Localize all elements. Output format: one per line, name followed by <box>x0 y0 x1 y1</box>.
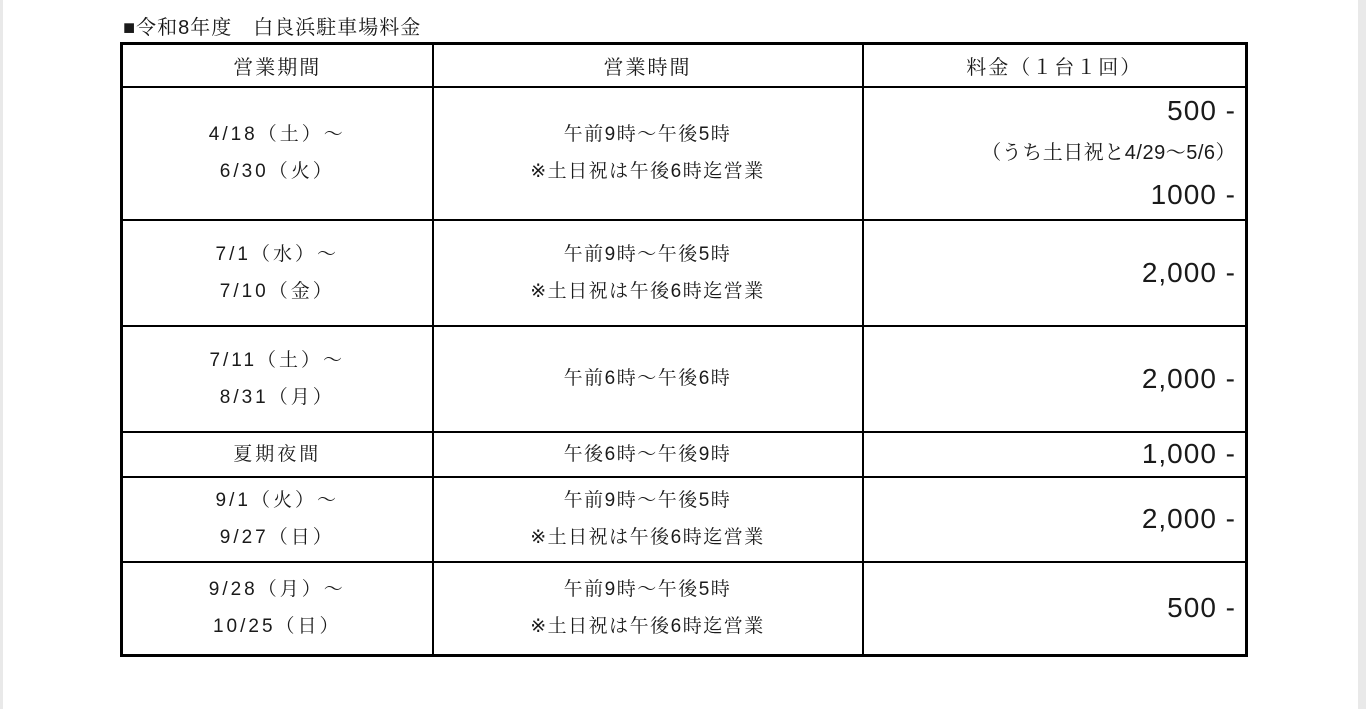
period-line: 10/25（日） <box>123 608 432 645</box>
cell-fee: 500 - <box>863 562 1247 656</box>
page-title: ■令和8年度 白良浜駐車場料金 <box>123 11 421 40</box>
cell-business-period: 7/1（水）～7/10（金） <box>122 220 433 326</box>
header-row: 営業期間 営業時間 料金（１台１回） <box>122 44 1247 87</box>
fee-table-body: 4/18（土）～6/30（火）午前9時～午後5時※土日祝は午後6時迄営業500 … <box>122 87 1247 656</box>
fee-amount: 2,000 - <box>864 252 1237 294</box>
cell-business-period: 9/28（月）～10/25（日） <box>122 562 433 656</box>
hours-line: 午後6時～午後9時 <box>434 436 862 473</box>
hours-line: 午前9時～午後5時 <box>434 571 862 608</box>
period-line: 夏期夜間 <box>123 436 432 473</box>
period-line: 8/31（月） <box>123 379 432 416</box>
fee-note: （うち土日祝と4/29～5/6） <box>864 132 1237 174</box>
fee-amount: 2,000 - <box>864 358 1237 400</box>
column-header-fee: 料金（１台１回） <box>863 44 1247 87</box>
table-row: 7/1（水）～7/10（金）午前9時～午後5時※土日祝は午後6時迄営業2,000… <box>122 220 1247 326</box>
page: ■令和8年度 白良浜駐車場料金 営業期間 営業時間 料金（１台１回） 4/18（… <box>0 0 1366 709</box>
hours-line: ※土日祝は午後6時迄営業 <box>434 519 862 556</box>
fee-amount: 1,000 - <box>864 433 1237 475</box>
period-line: 7/11（土）～ <box>123 342 432 379</box>
cell-fee: 500 -（うち土日祝と4/29～5/6）1000 - <box>863 87 1247 220</box>
fee-amount: 1000 - <box>864 174 1237 216</box>
cell-fee: 2,000 - <box>863 220 1247 326</box>
cell-fee: 1,000 - <box>863 432 1247 477</box>
hours-line: 午前9時～午後5時 <box>434 482 862 519</box>
cell-business-hours: 午前9時～午後5時※土日祝は午後6時迄営業 <box>433 220 863 326</box>
cell-business-hours: 午前9時～午後5時※土日祝は午後6時迄営業 <box>433 87 863 220</box>
period-line: 9/28（月）～ <box>123 571 432 608</box>
period-line: 6/30（火） <box>123 153 432 190</box>
cell-business-hours: 午前6時～午後6時 <box>433 326 863 432</box>
column-header-business-period: 営業期間 <box>122 44 433 87</box>
hours-line: 午前9時～午後5時 <box>434 116 862 153</box>
hours-line: ※土日祝は午後6時迄営業 <box>434 153 862 190</box>
hours-line: ※土日祝は午後6時迄営業 <box>434 608 862 645</box>
table-row: 夏期夜間午後6時～午後9時1,000 - <box>122 432 1247 477</box>
table-row: 9/28（月）～10/25（日）午前9時～午後5時※土日祝は午後6時迄営業500… <box>122 562 1247 656</box>
period-line: 9/27（日） <box>123 519 432 556</box>
right-edge-strip <box>1358 0 1366 709</box>
cell-business-period: 9/1（火）～9/27（日） <box>122 477 433 562</box>
period-line: 9/1（火）～ <box>123 482 432 519</box>
column-header-business-hours: 営業時間 <box>433 44 863 87</box>
cell-fee: 2,000 - <box>863 326 1247 432</box>
table-header: 営業期間 営業時間 料金（１台１回） <box>122 44 1247 87</box>
fee-amount: 2,000 - <box>864 498 1237 540</box>
table-row: 7/11（土）～8/31（月）午前6時～午後6時2,000 - <box>122 326 1247 432</box>
period-line: 7/10（金） <box>123 273 432 310</box>
cell-fee: 2,000 - <box>863 477 1247 562</box>
table-row: 9/1（火）～9/27（日）午前9時～午後5時※土日祝は午後6時迄営業2,000… <box>122 477 1247 562</box>
table-row: 4/18（土）～6/30（火）午前9時～午後5時※土日祝は午後6時迄営業500 … <box>122 87 1247 220</box>
cell-business-hours: 午前9時～午後5時※土日祝は午後6時迄営業 <box>433 562 863 656</box>
hours-line: ※土日祝は午後6時迄営業 <box>434 273 862 310</box>
left-edge-strip <box>0 0 3 709</box>
hours-line: 午前9時～午後5時 <box>434 236 862 273</box>
period-line: 7/1（水）～ <box>123 236 432 273</box>
cell-business-period: 7/11（土）～8/31（月） <box>122 326 433 432</box>
cell-business-period: 夏期夜間 <box>122 432 433 477</box>
fee-amount: 500 - <box>864 587 1237 629</box>
cell-business-hours: 午後6時～午後9時 <box>433 432 863 477</box>
cell-business-hours: 午前9時～午後5時※土日祝は午後6時迄営業 <box>433 477 863 562</box>
cell-business-period: 4/18（土）～6/30（火） <box>122 87 433 220</box>
fee-amount: 500 - <box>864 90 1237 132</box>
period-line: 4/18（土）～ <box>123 116 432 153</box>
hours-line: 午前6時～午後6時 <box>434 360 862 397</box>
parking-fee-table: 営業期間 営業時間 料金（１台１回） 4/18（土）～6/30（火）午前9時～午… <box>120 42 1248 657</box>
